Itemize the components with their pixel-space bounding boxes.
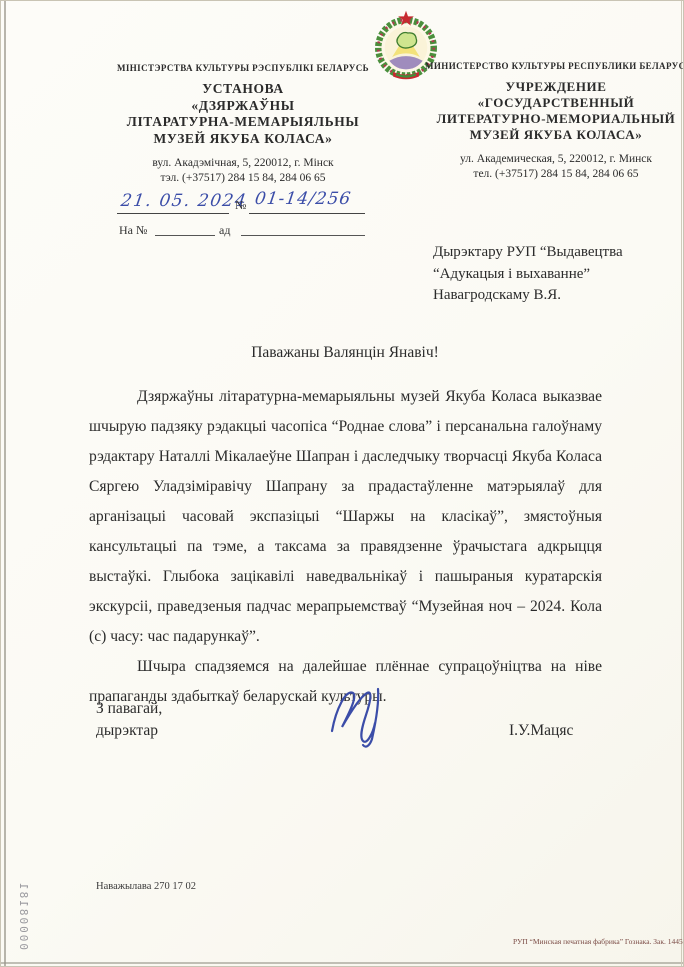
letter-page: МІНІСТЭРСТВА КУЛЬТУРЫ РЭСПУБЛІКІ БЕЛАРУС…	[0, 0, 684, 967]
form-serial-number: 00008181	[17, 881, 30, 950]
recipient-block: Дырэктару РУП “Выдавецтва “Адукацыя і вы…	[433, 242, 673, 307]
scan-edge-left	[4, 1, 6, 967]
recipient-line: Навагродскаму В.Я.	[433, 285, 673, 307]
handwritten-date: 21. 05. 2024	[120, 191, 249, 211]
ad-underline	[241, 235, 365, 236]
handwritten-number: 01-14/256	[254, 189, 353, 209]
number-underline	[249, 213, 365, 214]
letter-body: Дзяржаўны літаратурна-мемарыяльны музей …	[89, 382, 602, 712]
ad-label: ад	[219, 223, 230, 238]
address-ru: ул. Академическая, 5, 220012, г. Минск т…	[425, 152, 684, 181]
salutation: Паважаны Валянцін Янавіч!	[89, 344, 601, 362]
header-belarusian: МІНІСТЭРСТВА КУЛЬТУРЫ РЭСПУБЛІКІ БЕЛАРУС…	[93, 63, 393, 185]
recipient-line: “Адукацыя і выхаванне”	[433, 264, 673, 286]
org-name-ru: УЧРЕЖДЕНИЕ «ГОСУДАРСТВЕННЫЙ ЛИТЕРАТУРНО-…	[425, 79, 684, 143]
ministry-line-ru: МИНИСТЕРСТВО КУЛЬТУРЫ РЕСПУБЛИКИ БЕЛАРУС…	[425, 61, 684, 71]
director-name: І.У.Мацяс	[509, 722, 573, 740]
recipient-line: Дырэктару РУП “Выдавецтва	[433, 242, 673, 264]
handwritten-signature-icon	[326, 681, 396, 753]
body-paragraph: Дзяржаўны літаратурна-мемарыяльны музей …	[89, 382, 602, 652]
executor-line: Наважылава 270 17 02	[96, 881, 196, 892]
scan-edge-bottom	[1, 962, 684, 964]
print-house-line: РУП “Минская печатная фабрика” Гознака. …	[513, 937, 684, 946]
date-underline	[117, 213, 229, 214]
na-no-label: На №	[119, 223, 147, 238]
na-no-underline	[155, 235, 215, 236]
ministry-line-by: МІНІСТЭРСТВА КУЛЬТУРЫ РЭСПУБЛІКІ БЕЛАРУС…	[93, 63, 393, 73]
address-by: вул. Акадэмічная, 5, 220012, г. Мінск тэ…	[93, 156, 393, 185]
reply-reference-row: На № ад	[111, 223, 381, 239]
number-sign: №	[235, 198, 246, 213]
org-name-by: УСТАНОВА «ДЗЯРЖАЎНЫ ЛІТАРАТУРНА-МЕМАРЫЯЛ…	[93, 81, 393, 147]
date-row: 21. 05. 2024 № 01-14/256	[111, 191, 381, 217]
header-russian: МИНИСТЕРСТВО КУЛЬТУРЫ РЕСПУБЛИКИ БЕЛАРУС…	[425, 61, 684, 181]
signature-closing: З павагай, дырэктар	[96, 698, 162, 742]
